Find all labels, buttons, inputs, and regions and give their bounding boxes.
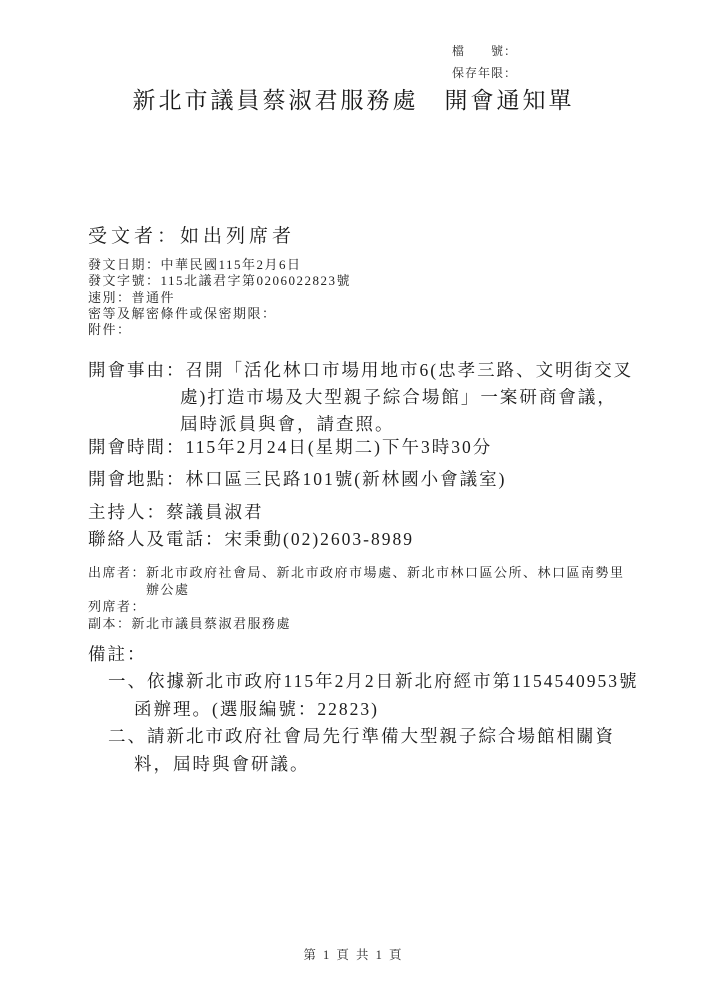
attendee-label: 出席者： — [88, 565, 146, 580]
remark-item-2: 二、請新北市政府社會局先行準備大型親子綜合場館相關資 料，屆時與會研議。 — [108, 723, 663, 778]
time-field: 開會時間：115年2月24日(星期二)下午3時30分 — [88, 434, 492, 461]
host-field: 主持人：蔡議員淑君 — [88, 499, 264, 526]
document-page: 檔 號： 保存年限： 新北市議員蔡淑君服務處 開會通知單 受文者：如出列席者 發… — [0, 0, 707, 1000]
contact-field: 聯絡人及電話：宋秉動(02)2603-8989 — [88, 526, 414, 553]
place-field: 開會地點：林口區三民路101號(新林國小會議室) — [88, 466, 506, 493]
observer-line: 列席者： — [88, 598, 656, 615]
copy-value: 新北市議員蔡淑君服務處 — [132, 616, 292, 631]
remarks-label: 備註： — [88, 641, 147, 666]
attendees-block: 出席者：新北市政府社會局、新北市政府市場處、新北市林口區公所、林口區南勢里 辦公… — [88, 564, 656, 632]
remarks-list: 一、依據新北市政府115年2月2日新北府經市第1154540953號 函辦理。(… — [88, 668, 663, 778]
file-number-label: 檔 號： — [452, 40, 517, 62]
meta-line-security: 密等及解密條件或保密期限： — [88, 306, 351, 322]
attendee-value: 新北市政府社會局、新北市政府市場處、新北市林口區公所、林口區南勢里 辦公處 — [146, 565, 625, 597]
file-number-block: 檔 號： 保存年限： — [452, 40, 517, 84]
page-footer: 第 1 頁 共 1 頁 — [0, 945, 707, 963]
place-label: 開會地點： — [88, 469, 186, 489]
recipient-label: 受文者： — [88, 226, 180, 247]
time-value: 115年2月24日(星期二)下午3時30分 — [186, 437, 493, 457]
meta-line-speed: 速別：普通件 — [88, 290, 351, 306]
meta-line-doc-number: 發文字號：115北議君字第0206022823號 — [88, 273, 351, 289]
host-label: 主持人： — [88, 502, 166, 522]
meta-block: 發文日期：中華民國115年2月6日 發文字號：115北議君字第020602282… — [88, 257, 351, 338]
copy-label: 副本： — [88, 616, 132, 631]
copy-line: 副本：新北市議員蔡淑君服務處 — [88, 615, 656, 632]
subject-label: 開會事由： — [88, 360, 186, 380]
document-title: 新北市議員蔡淑君服務處 開會通知單 — [0, 82, 707, 115]
subject-value: 召開「活化林口市場用地市6(忠孝三路、文明街交叉 處)打造市場及大型親子綜合場館… — [180, 360, 633, 434]
retention-label: 保存年限： — [452, 62, 517, 84]
recipient-line: 受文者：如出列席者 — [88, 221, 295, 248]
remark-item-1: 一、依據新北市政府115年2月2日新北府經市第1154540953號 函辦理。(… — [108, 668, 663, 723]
meta-line-issue-date: 發文日期：中華民國115年2月6日 — [88, 257, 351, 273]
contact-value: 宋秉動(02)2603-8989 — [225, 529, 414, 549]
recipient-value: 如出列席者 — [180, 226, 295, 247]
contact-label: 聯絡人及電話： — [88, 529, 225, 549]
subject-field: 開會事由：召開「活化林口市場用地市6(忠孝三路、文明街交叉 處)打造市場及大型親… — [88, 357, 648, 438]
meta-line-attachment: 附件： — [88, 322, 351, 338]
host-value: 蔡議員淑君 — [166, 502, 264, 522]
observer-label: 列席者： — [88, 599, 146, 614]
time-label: 開會時間： — [88, 437, 186, 457]
place-value: 林口區三民路101號(新林國小會議室) — [186, 469, 507, 489]
attendee-line: 出席者：新北市政府社會局、新北市政府市場處、新北市林口區公所、林口區南勢里 辦公… — [88, 564, 656, 598]
